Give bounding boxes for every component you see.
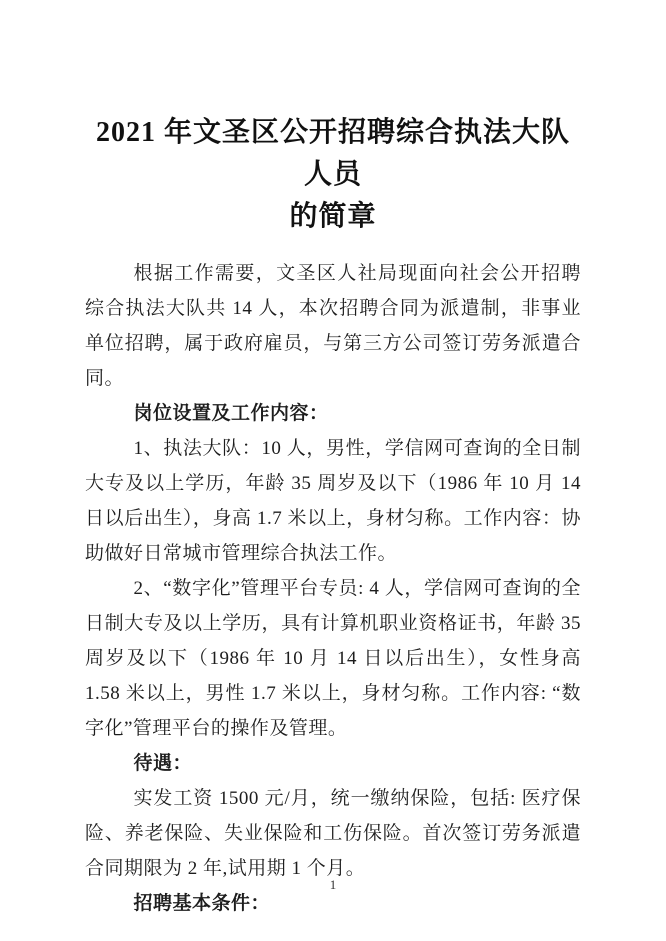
intro-paragraph: 根据工作需要，文圣区人社局现面向社会公开招聘综合执法大队共 14 人，本次招聘合…: [85, 256, 581, 396]
document-page: 2021 年文圣区公开招聘综合执法大队人员 的简章 根据工作需要，文圣区人社局现…: [0, 0, 666, 941]
paragraph-position-enforcement-team: 1、执法大队：10 人，男性，学信网可查询的全日制大专及以上学历，年龄 35 周…: [85, 431, 581, 571]
document-title-line-2: 的简章: [85, 196, 581, 238]
section-heading-treatment: 待遇：: [85, 746, 581, 781]
document-title-line-1: 2021 年文圣区公开招聘综合执法大队人员: [85, 112, 581, 196]
section-heading-positions: 岗位设置及工作内容：: [85, 396, 581, 431]
document-content: 2021 年文圣区公开招聘综合执法大队人员 的简章 根据工作需要，文圣区人社局现…: [0, 0, 666, 921]
page-number: 1: [0, 877, 666, 893]
document-title: 2021 年文圣区公开招聘综合执法大队人员 的简章: [85, 0, 581, 256]
paragraph-treatment: 实发工资 1500 元/月，统一缴纳保险，包括: 医疗保险、养老保险、失业保险和…: [85, 781, 581, 886]
paragraph-position-digital-platform: 2、“数字化”管理平台专员: 4 人，学信网可查询的全日制大专及以上学历，具有计…: [85, 571, 581, 746]
